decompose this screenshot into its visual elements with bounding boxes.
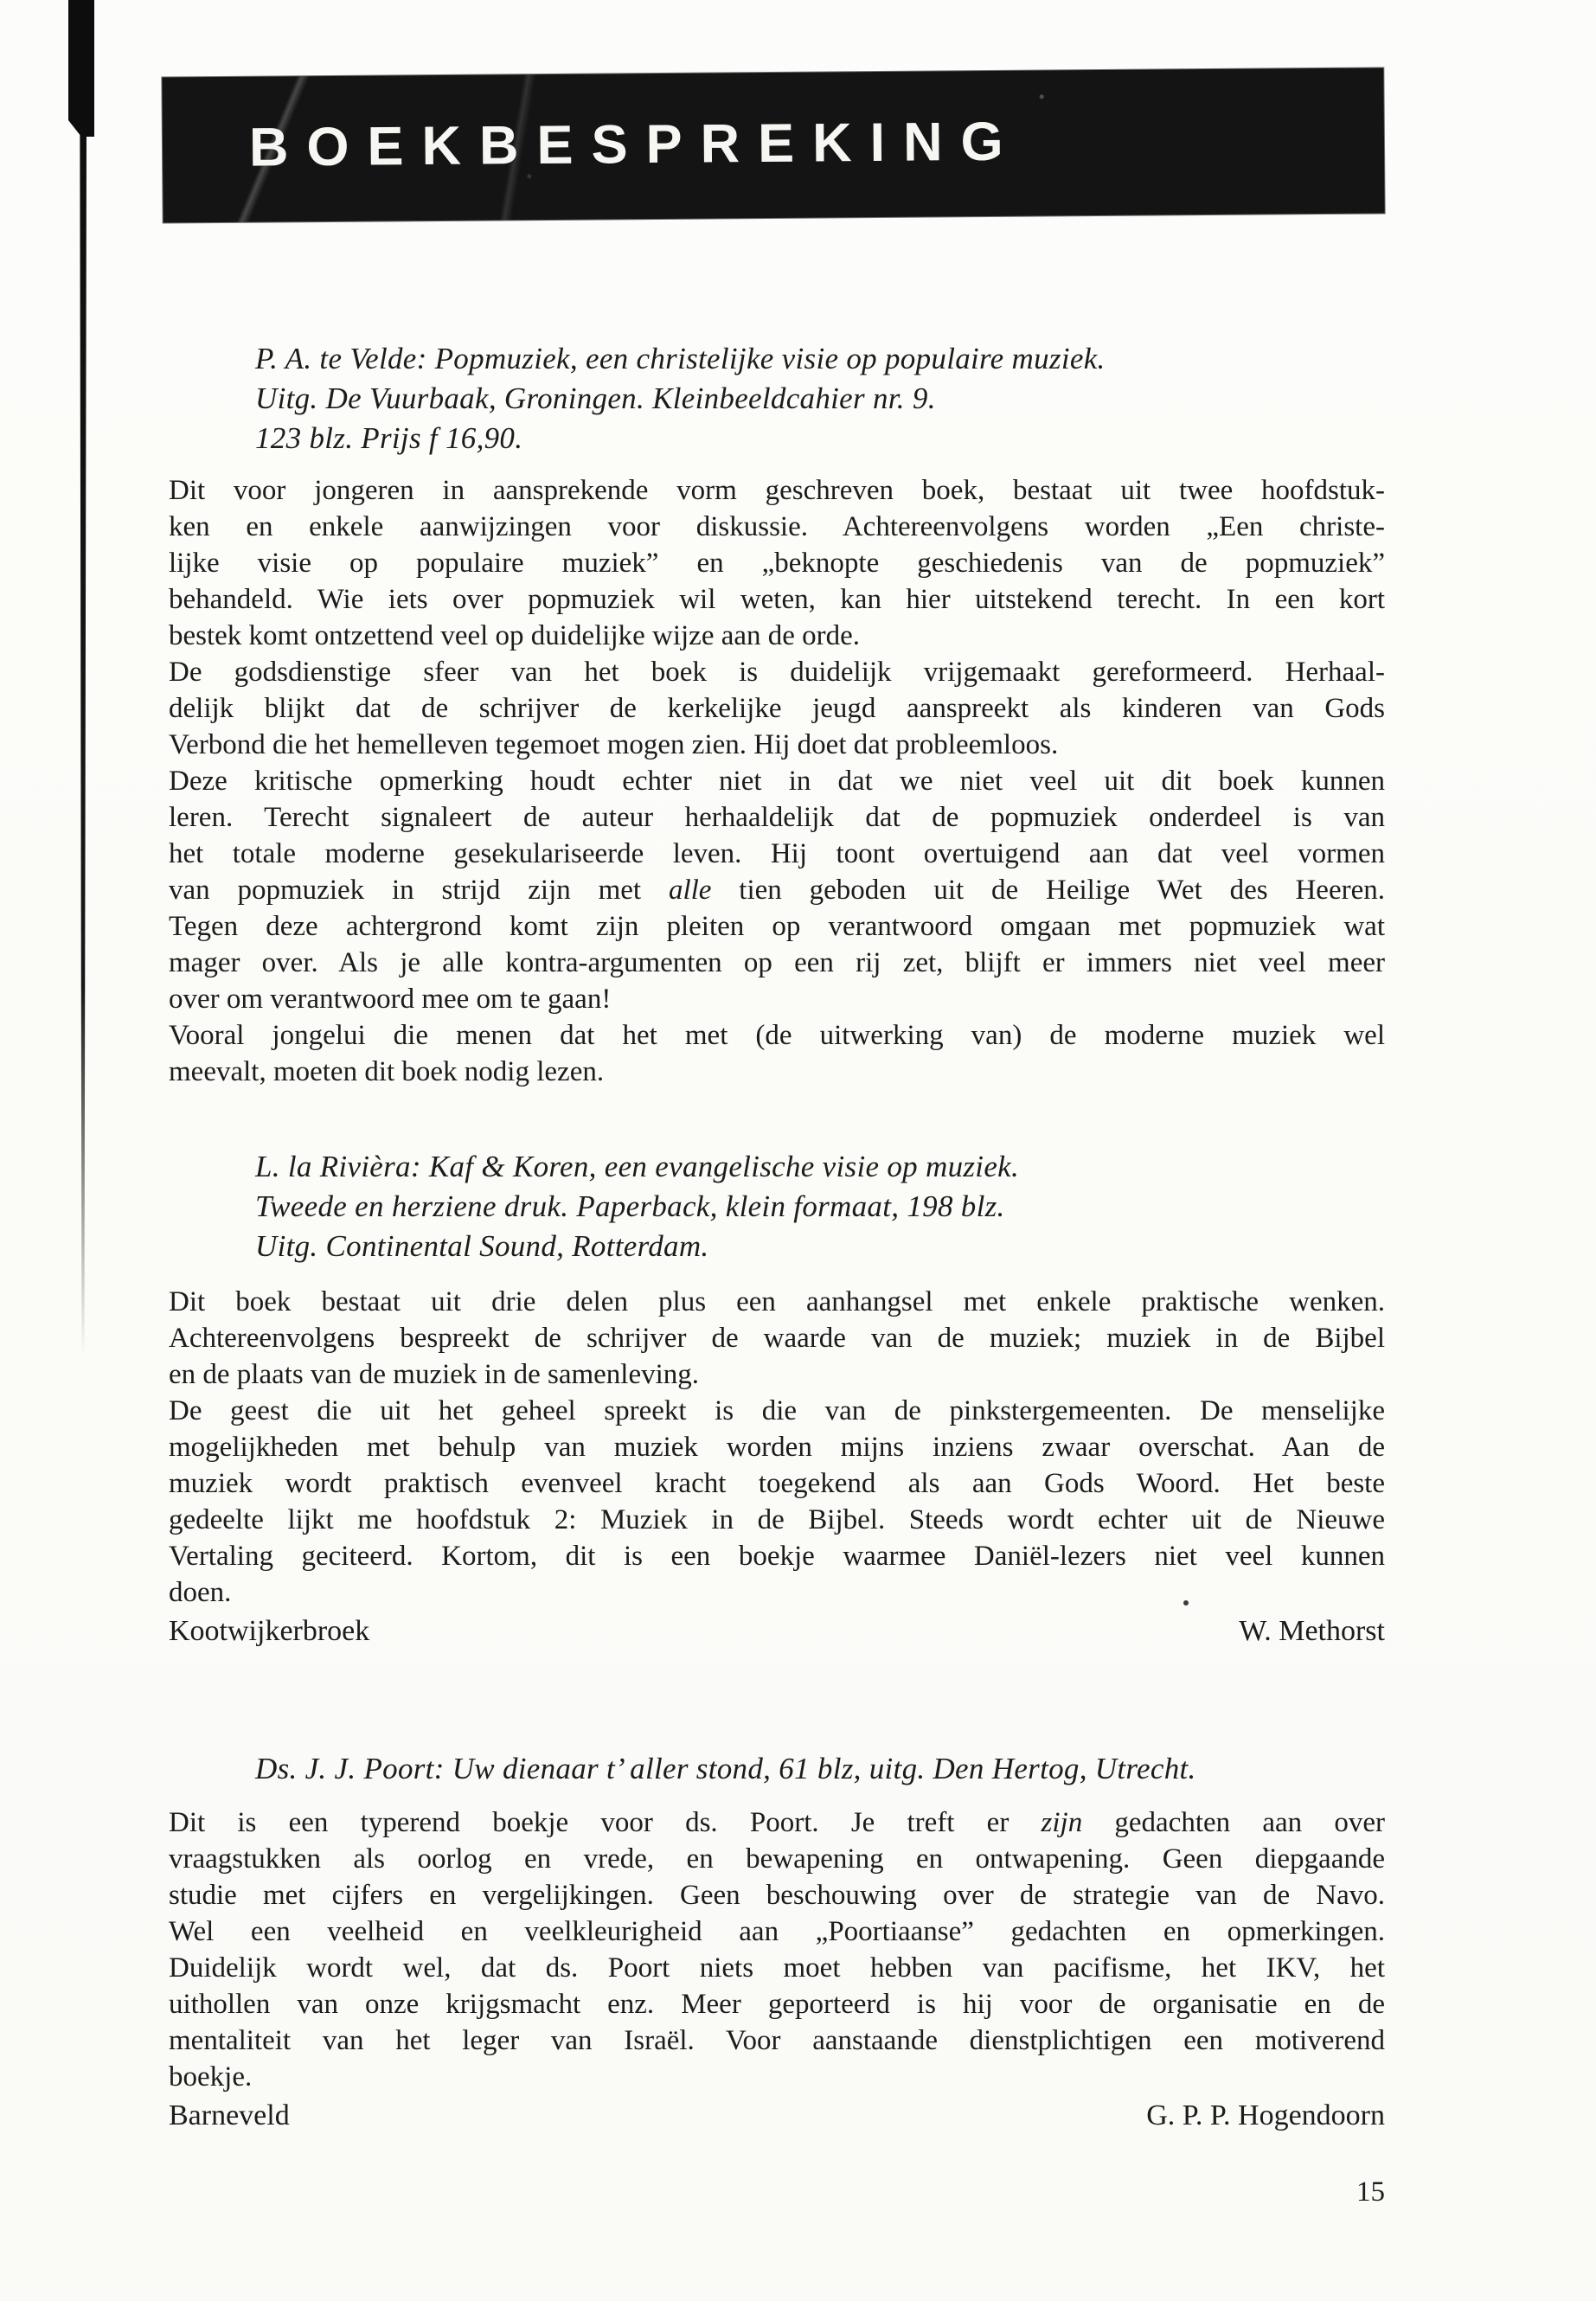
text-line: lijke visie op populaire muziek” en „bek… <box>169 545 1385 581</box>
review-3-signature-row: Barneveld G. P. P. Hogendoorn <box>169 2099 1385 2133</box>
text-line: Ds. J. J. Poort: Uw dienaar t’ aller sto… <box>255 1749 1388 1789</box>
review-2-heading: L. la Rivièra: Kaf & Koren, een evangeli… <box>255 1147 1388 1266</box>
text-line: Wel een veelheid en veelkleurigheid aan … <box>169 1913 1385 1950</box>
text-line: Achtereenvolgens bespreekt de schrijver … <box>169 1320 1385 1356</box>
text-line: en de plaats van de muziek in de samenle… <box>169 1356 1385 1393</box>
text-line: Vertaling geciteerd. Kortom, dit is een … <box>169 1538 1385 1574</box>
left-margin-line <box>79 128 87 1356</box>
text-line: over om verantwoord mee om te gaan! <box>169 981 1385 1017</box>
review-3-body: Dit is een typerend boekje voor ds. Poor… <box>169 1804 1385 2095</box>
text-line: P. A. te Velde: Popmuziek, een christeli… <box>255 339 1388 379</box>
text-line: Tegen deze achtergrond komt zijn pleiten… <box>169 908 1385 945</box>
review-1-body: Dit voor jongeren in aansprekende vorm g… <box>169 472 1385 1090</box>
text-line: De geest die uit het geheel spreekt is d… <box>169 1393 1385 1429</box>
text-line: muziek wordt praktisch evenveel kracht t… <box>169 1465 1385 1502</box>
review-2-signature-row: Kootwijkerbroek W. Methorst <box>169 1614 1385 1649</box>
section-title: BOEKBESPREKING <box>249 111 1022 179</box>
text-line: mager over. Als je alle kontra-argumente… <box>169 945 1385 981</box>
text-line: het totale moderne gesekulariseerde leve… <box>169 836 1385 872</box>
text-line: boekje. <box>169 2059 1385 2095</box>
text-line: van popmuziek in strijd zijn met alle ti… <box>169 872 1385 908</box>
reviewer-name: W. Methorst <box>1239 1614 1385 1649</box>
text-line: Uitg. Continental Sound, Rotterdam. <box>255 1227 1388 1266</box>
text-line: Verbond die het hemelleven tegemoet moge… <box>169 727 1385 763</box>
text-line: Dit is een typerend boekje voor ds. Poor… <box>169 1804 1385 1841</box>
page-number: 15 <box>169 2176 1385 2208</box>
scanned-document-page: BOEKBESPREKING P. A. te Velde: Popmuziek… <box>0 0 1596 2301</box>
scan-speck <box>1183 1600 1189 1606</box>
review-2-body: Dit boek bestaat uit drie delen plus een… <box>169 1284 1385 1611</box>
text-line: behandeld. Wie iets over popmuziek wil w… <box>169 581 1385 618</box>
text-line: uithollen van onze krijgsmacht enz. Meer… <box>169 1986 1385 2022</box>
text-line: 123 blz. Prijs f 16,90. <box>255 419 1388 458</box>
text-line: meevalt, moeten dit boek nodig lezen. <box>169 1054 1385 1090</box>
reviewer-name: G. P. P. Hogendoorn <box>1146 2099 1385 2133</box>
review-1-heading: P. A. te Velde: Popmuziek, een christeli… <box>255 339 1388 458</box>
text-line: De godsdienstige sfeer van het boek is d… <box>169 654 1385 690</box>
text-line: Tweede en herziene druk. Paperback, klei… <box>255 1187 1388 1227</box>
text-line: leren. Terecht signaleert de auteur herh… <box>169 799 1385 836</box>
text-line: ken en enkele aanwijzingen voor diskussi… <box>169 509 1385 545</box>
text-line: Vooral jongelui die menen dat het met (d… <box>169 1017 1385 1054</box>
text-line: mogelijkheden met behulp van muziek word… <box>169 1429 1385 1465</box>
text-line: vraagstukken als oorlog en vrede, en bew… <box>169 1841 1385 1877</box>
reviewer-location: Kootwijkerbroek <box>169 1614 369 1649</box>
text-line: bestek komt ontzettend veel op duidelijk… <box>169 618 1385 654</box>
reviewer-location: Barneveld <box>169 2099 290 2133</box>
text-line: Duidelijk wordt wel, dat ds. Poort niets… <box>169 1950 1385 1986</box>
text-line: doen. <box>169 1574 1385 1611</box>
text-line: Uitg. De Vuurbaak, Groningen. Kleinbeeld… <box>255 379 1388 419</box>
text-line: studie met cijfers en vergelijkingen. Ge… <box>169 1877 1385 1913</box>
text-line: L. la Rivièra: Kaf & Koren, een evangeli… <box>255 1147 1388 1187</box>
text-line: gedeelte lijkt me hoofdstuk 2: Muziek in… <box>169 1502 1385 1538</box>
text-line: mentaliteit van het leger van Israël. Vo… <box>169 2022 1385 2059</box>
review-3-heading: Ds. J. J. Poort: Uw dienaar t’ aller sto… <box>255 1749 1388 1789</box>
text-line: Dit voor jongeren in aansprekende vorm g… <box>169 472 1385 509</box>
text-line: delijk blijkt dat de schrijver de kerkel… <box>169 690 1385 727</box>
left-margin-bar <box>68 0 94 137</box>
text-line: Dit boek bestaat uit drie delen plus een… <box>169 1284 1385 1320</box>
text-line: Deze kritische opmerking houdt echter ni… <box>169 763 1385 799</box>
section-banner: BOEKBESPREKING <box>162 67 1384 222</box>
